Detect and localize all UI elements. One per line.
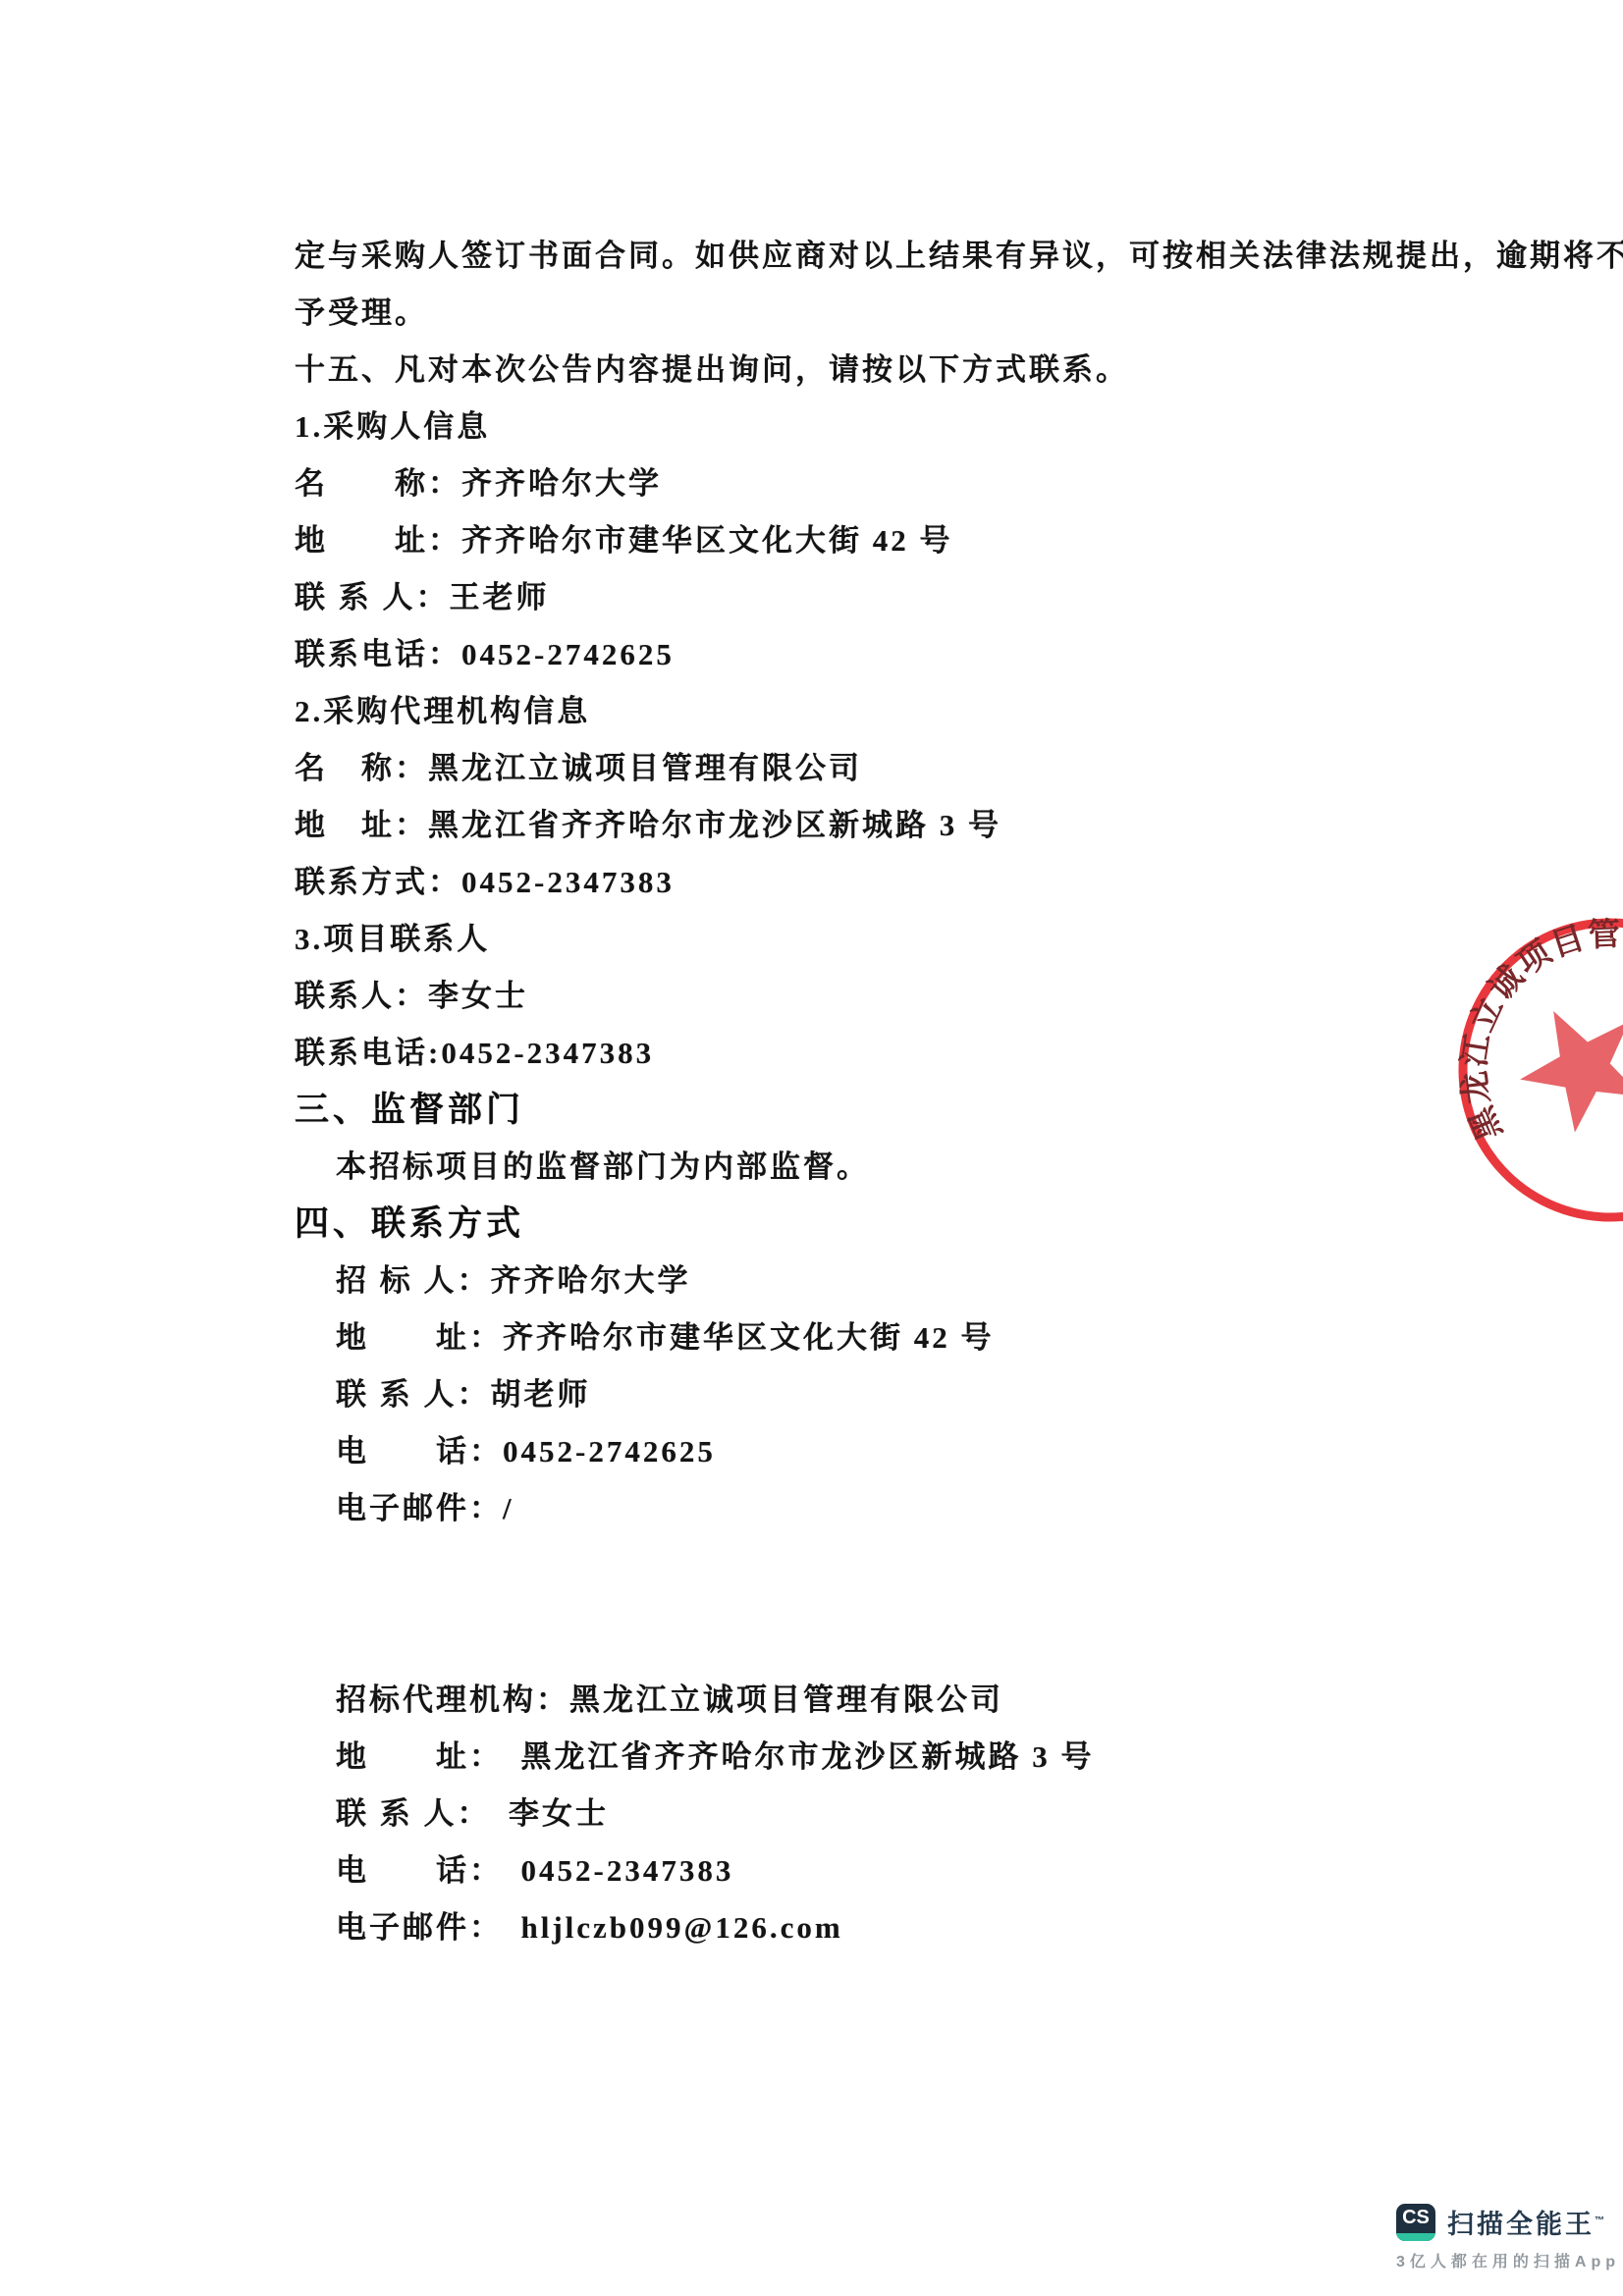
tenderer-address: 地 址：齐齐哈尔市建华区文化大街 42 号 — [295, 1309, 1365, 1366]
agency-phone: 联系方式：0452-2347383 — [295, 854, 1365, 911]
purchaser-info-title: 1.采购人信息 — [295, 399, 1365, 455]
camscanner-app-icon: CS — [1396, 2204, 1435, 2241]
project-contact-title: 3.项目联系人 — [295, 911, 1365, 968]
agency-name: 名 称：黑龙江立诚项目管理有限公司 — [295, 740, 1365, 797]
agency-info-title: 2.采购代理机构信息 — [295, 683, 1365, 740]
agent-contact: 联 系 人： 李女士 — [295, 1786, 1365, 1842]
supervision-heading: 三、监督部门 — [295, 1082, 1365, 1139]
agent-address: 地 址： 黑龙江省齐齐哈尔市龙沙区新城路 3 号 — [295, 1729, 1365, 1786]
brand-text: 扫描全能王 — [1447, 2210, 1595, 2239]
seal-ring — [1425, 901, 1623, 1243]
project-contact-phone: 联系电话:0452-2347383 — [295, 1025, 1365, 1082]
project-contact-name: 联系人：李女士 — [295, 968, 1365, 1025]
intro-line-1: 定与采购人签订书面合同。如供应商对以上结果有异议，可按相关法律法规提出，逾期将不 — [295, 228, 1365, 285]
scanner-app-watermark: CS 扫描全能王™ 3亿人都在用的扫描App — [1396, 2203, 1612, 2271]
agent-email: 电子邮件： hljlczb099@126.com — [295, 1899, 1365, 1956]
purchaser-address: 地 址：齐齐哈尔市建华区文化大街 42 号 — [295, 512, 1365, 569]
svg-text:黑龙江立诚项目管理有限公司: 黑龙江立诚项目管理有限公司 — [1417, 901, 1623, 1147]
agency-address: 地 址：黑龙江省齐齐哈尔市龙沙区新城路 3 号 — [295, 797, 1365, 854]
contact-heading: 四、联系方式 — [295, 1196, 1365, 1253]
seal-star-icon — [1499, 982, 1623, 1143]
supervision-body: 本招标项目的监督部门为内部监督。 — [295, 1139, 1365, 1196]
tenderer-name: 招 标 人：齐齐哈尔大学 — [295, 1253, 1365, 1309]
agent-phone: 电 话： 0452-2347383 — [295, 1842, 1365, 1899]
purchaser-phone: 联系电话：0452-2742625 — [295, 626, 1365, 683]
company-seal-stamp: 黑龙江立诚项目管理有限公司 — [1378, 901, 1623, 1243]
seal-company-text: 黑龙江立诚项目管理有限公司 — [1417, 901, 1623, 1147]
document-body: 定与采购人签订书面合同。如供应商对以上结果有异议，可按相关法律法规提出，逾期将不… — [295, 228, 1365, 1956]
intro-line-2: 予受理。 — [295, 285, 1365, 342]
watermark-brand-name: 扫描全能王™ — [1447, 2203, 1604, 2241]
tenderer-contact: 联 系 人：胡老师 — [295, 1366, 1365, 1423]
tenderer-email: 电子邮件：/ — [295, 1480, 1365, 1537]
purchaser-name: 名 称：齐齐哈尔大学 — [295, 455, 1365, 512]
icon-green-strip — [1396, 2233, 1435, 2241]
trademark-symbol: ™ — [1595, 2216, 1604, 2226]
section-15-heading: 十五、凡对本次公告内容提出询问，请按以下方式联系。 — [295, 342, 1365, 399]
scanned-document-page: 定与采购人签订书面合同。如供应商对以上结果有异议，可按相关法律法规提出，逾期将不… — [0, 0, 1623, 2296]
purchaser-contact: 联 系 人：王老师 — [295, 569, 1365, 626]
blank-gap — [295, 1537, 1365, 1672]
tenderer-phone: 电 话：0452-2742625 — [295, 1423, 1365, 1480]
watermark-tagline: 3亿人都在用的扫描App — [1396, 2249, 1612, 2271]
cs-logo-letters: CS — [1396, 2207, 1435, 2229]
agent-title: 招标代理机构：黑龙江立诚项目管理有限公司 — [295, 1672, 1365, 1729]
